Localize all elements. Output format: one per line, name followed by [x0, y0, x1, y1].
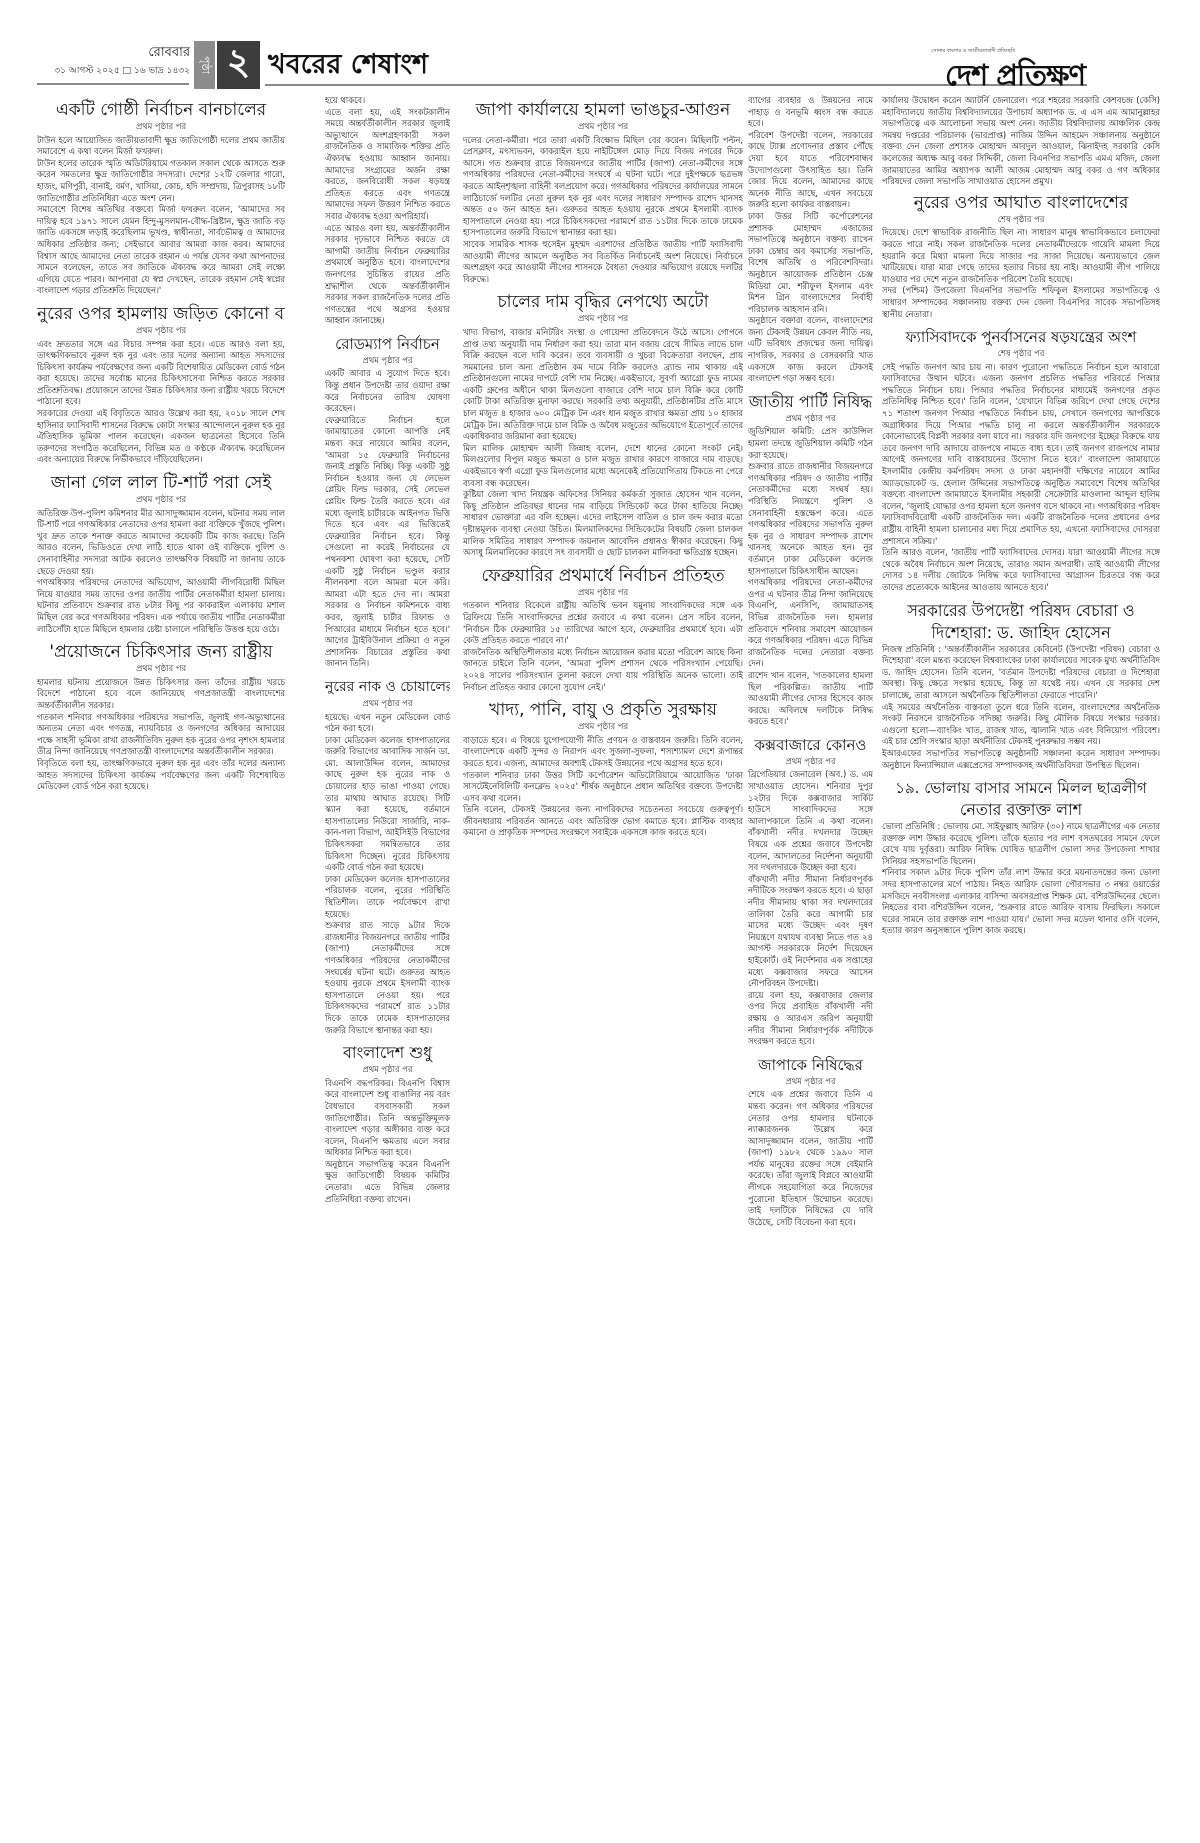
paragraph: এই সময়ের অর্থনৈতিক বাস্তবতা তুলে ধরে তি…: [882, 702, 1160, 748]
paragraph: ঢাকা মেডিকেল কলেজ হাসপাতালের জরুরি বিভাগ…: [325, 735, 450, 874]
column-1: একটি গোষ্ঠী নির্বাচন বানচালের প্রথম পৃষ্…: [37, 95, 285, 1835]
paragraph: হয়েছে। এখন নতুন মেডিকেল বোর্ড গঠন করা হ…: [325, 712, 450, 735]
paragraph: রায়ে বলা হয়, কক্সবাজার জেলার ওপর দিয়ে…: [748, 990, 873, 1048]
page-number: ২: [217, 41, 260, 89]
story-nose-jaw: নুরের নাক ও চোয়ালের প্রথম পৃষ্ঠার পর হয…: [325, 676, 450, 1036]
paragraph: অনুষ্ঠানে বক্তারা বলেন, বাংলাদেশের জন্য …: [748, 315, 873, 385]
jump-line: প্রথম পৃষ্ঠার পর: [463, 313, 743, 325]
column-3: জাপা কার্যালয়ে হামলা ভাঙচুর-আগুন প্রথম …: [463, 95, 743, 1835]
headline-line-1: ১৯. ভোলায় বাসার সামনে মিলল ছাত্রলীগ: [882, 777, 1160, 799]
jump-line: প্রথম পৃষ্ঠার পর: [37, 325, 285, 337]
paragraph: গণঅধিকার পরিষদের নেতাদের অভিযোগ, আওয়ামী…: [37, 577, 285, 635]
headline: জাপা কার্যালয়ে হামলা ভাঙচুর-আগুন: [463, 99, 743, 121]
paragraph: বিবৃতিতে বলা হয়, তাৎক্ষণিকভাবে নুরুল হক…: [37, 758, 285, 793]
paragraph: সদর (পশ্চিম) উপজেলা বিএনপির সভাপতি শফিকু…: [882, 285, 1160, 320]
paragraph: দিয়েছে। দেশে স্বাভাবিক রাজনীতি ছিল না। …: [882, 227, 1160, 285]
page-label: পৃষ্ঠা: [194, 41, 215, 89]
paragraph: ঢাকা মেডিকেল কলেজ হাসপাতালের পরিচালক বলে…: [325, 874, 450, 920]
column-5: কার্যালয় উদ্বোধন করেন অ্যাটর্নি জেনারেল…: [882, 95, 1160, 1835]
story-feb-election: ফেব্রুয়ারির প্রথমার্ধে নির্বাচন প্রতিহত…: [463, 565, 743, 693]
jump-line: প্রথম পৃষ্ঠার পর: [37, 663, 285, 675]
paragraph: এতে আরও বলা হয়, অন্তর্বর্তীকালীন সরকার …: [325, 223, 450, 327]
story-treatment: 'প্রয়োজনে চিকিৎসার জন্য রাষ্ট্রীয় প্রথ…: [37, 641, 285, 793]
story-bhola: ১৯. ভোলায় বাসার সামনে মিলল ছাত্রলীগ নেত…: [882, 777, 1160, 937]
paragraph: গতকাল শনিবার বিকেলে রাষ্ট্রীয় অতিথি ভবন…: [463, 600, 743, 646]
paragraph: ব্যাগের ব্যবহার ও উন্নয়নের নামে পাহাড় …: [748, 95, 873, 130]
story-advisory-council: সরকারের উপদেষ্টা পরিষদ বেচারা ও দিশেহারা…: [882, 600, 1160, 772]
jump-line: প্রথম পৃষ্ঠার পর: [463, 587, 743, 599]
headline: নুরের ওপর আঘাত বাংলাদেশের: [882, 192, 1160, 214]
paragraph: হয়ে থাকবে।: [325, 95, 450, 107]
paragraph: গণঅধিকার পরিষদের নেতা-কর্মীদের ওপর এ ঘটন…: [748, 577, 873, 670]
headline: জানা গেল লাল টি-শার্ট পরা সেই: [37, 472, 285, 494]
story-ethnic: একটি গোষ্ঠী নির্বাচন বানচালের প্রথম পৃষ্…: [37, 99, 285, 297]
jump-line: প্রথম পৃষ্ঠার পর: [463, 121, 743, 133]
jump-line: প্রথম পৃষ্ঠার পর: [37, 494, 285, 506]
jump-line: প্রথম পৃষ্ঠার পর: [748, 1076, 873, 1088]
paragraph: তিনি আরও বলেন, 'জাতীয় পার্টি ফ্যাসিবাদে…: [882, 547, 1160, 593]
headline: রোডম্যাপ নির্বাচন: [325, 333, 450, 355]
jump-line: শেষ পৃষ্ঠার পর: [882, 348, 1160, 360]
paragraph: বাঁকখালী নদীর সীমানা নির্ধারণপূর্বক নদীট…: [748, 874, 873, 990]
paragraph: সেই পদ্ধতি জনগণ আর চায় না। কারণ পুরোনো …: [882, 362, 1160, 548]
story-coxsbazar: কক্সবাজারে কোনও প্রথম পৃষ্ঠার পর ব্রিগেড…: [748, 734, 873, 1048]
paragraph: ঢাকা উত্তর সিটি কর্পোরেশনের প্রশাসক মোহা…: [748, 211, 873, 315]
story-japa-office: জাপা কার্যালয়ে হামলা ভাঙচুর-আগুন প্রথম …: [463, 99, 743, 285]
headline-line-1: সরকারের উপদেষ্টা পরিষদ বেচারা ও: [882, 600, 1160, 622]
jump-line: প্রথম পৃষ্ঠার পর: [748, 413, 873, 425]
paragraph: শুক্রবার রাতে রাজধানীর বিজয়নগরে গণঅধিকা…: [748, 461, 873, 577]
story-bangladesh-only: বাংলাদেশ শুধু প্রথম পৃষ্ঠার পর বিএনপি বদ…: [325, 1042, 450, 1205]
paragraph: সরকারের দেওয়া এই বিবৃতিতে আরও উল্লেখ কর…: [37, 408, 285, 466]
jump-line: প্রথম পৃষ্ঠার পর: [37, 121, 285, 133]
paragraph: শুক্রবার রাত সাড়ে ৯টার দিকে রাজধানীর বি…: [325, 920, 450, 1036]
jump-line: প্রথম পৃষ্ঠার পর: [325, 1064, 450, 1076]
paragraph: এবং দ্রুততার সঙ্গে এর বিচার সম্পন্ন করা …: [37, 339, 285, 409]
column-4: ব্যাগের ব্যবহার ও উন্নয়নের নামে পাহাড় …: [748, 95, 873, 1835]
headline: নুরের ওপর হামলায় জড়িত কোনো ব্যক্তি: [37, 303, 285, 325]
publication-date: ৩১ আগস্ট ২০২৫ □ ১৬ ভাদ্র ১৪৩২: [54, 63, 190, 78]
paragraph: রাশেদ খান বলেন, 'গতকালের হামলা ছিল পরিকল…: [748, 670, 873, 728]
jump-line: প্রথম পৃষ্ঠার পর: [325, 698, 450, 710]
headline: 'প্রয়োজনে চিকিৎসার জন্য রাষ্ট্রীয়: [37, 641, 285, 663]
masthead-rule-left: [37, 83, 189, 85]
paragraph: এতে বলা হয়, এই সংকটকালীন সময়ে অন্তর্বর…: [325, 107, 450, 223]
headline: জাপাকে নিষিদ্ধের: [748, 1054, 873, 1076]
paragraph: মিল মালিক মোহাম্মদ আলী জিন্নাহ বলেন, দেশ…: [463, 443, 743, 489]
paragraph: জুডিশিয়াল কমিটি: প্রেস কাউন্সিল হামলা ত…: [748, 426, 873, 461]
paragraph: হামলার ঘটনায় প্রয়োজনে উন্নত চিকিৎসার জ…: [37, 677, 285, 712]
story-food-water: খাদ্য, পানি, বায়ু ও প্রকৃতি সুরক্ষায় প…: [463, 699, 743, 839]
headline: জাতীয় পার্টি নিষিদ্ধ: [748, 391, 873, 413]
story-roadmap: রোডম্যাপ নির্বাচন প্রথম পৃষ্ঠার পর একটি …: [325, 333, 450, 670]
publication-day: রোববার: [148, 43, 190, 64]
headline: খাদ্য, পানি, বায়ু ও প্রকৃতি সুরক্ষায়: [463, 699, 743, 721]
story-nur-bangladesh: নুরের ওপর আঘাত বাংলাদেশের শেষ পৃষ্ঠার পর…: [882, 192, 1160, 320]
story-nur-attack: নুরের ওপর হামলায় জড়িত কোনো ব্যক্তি প্র…: [37, 303, 285, 466]
section-title: খবরের শেষাংশ: [268, 44, 428, 89]
paragraph: কার্যালয় উদ্বোধন করেন অ্যাটর্নি জেনারেল…: [882, 95, 1160, 188]
jump-line: প্রথম পৃষ্ঠার পর: [463, 721, 743, 733]
paragraph: রাজনৈতিক অস্থিতিশীলতার মধ্যে নির্বাচন আয…: [463, 647, 743, 693]
story-rice-price: চালের দাম বৃদ্ধির নেপথ্যে অটো প্রথম পৃষ্…: [463, 291, 743, 558]
paragraph: অতিরিক্ত উপ-পুলিশ কমিশনার মীর আসাদুজ্জাম…: [37, 508, 285, 578]
story-japa-ban: জাপাকে নিষিদ্ধের প্রথম পৃষ্ঠার পর শেষে এ…: [748, 1054, 873, 1229]
headline: চালের দাম বৃদ্ধির নেপথ্যে অটো: [463, 291, 743, 313]
headline: ফ্যাসিবাদকে পুনর্বাসনের ষড়যন্ত্রের অংশ: [882, 326, 1160, 348]
paragraph: সাবেক সামরিক শাসক হুসেইন মুহম্মদ এরশাদের…: [463, 239, 743, 285]
paragraph: গতকাল শনিবার ঢাকা উত্তর সিটি কর্পোরেশন অ…: [463, 770, 743, 805]
paragraph: বিএনপি বদ্ধপরিকর। বিএনপি বিশ্বাস করে বাং…: [325, 1078, 450, 1159]
paragraph: শেষে এক প্রশ্নের জবাবে তিনি এ মন্তব্য কর…: [748, 1089, 873, 1228]
paragraph: ইআরএফের সভাপতির সভাপতিত্বে অনুষ্ঠানটি সঞ…: [882, 748, 1160, 771]
headline: ফেব্রুয়ারির প্রথমার্ধে নির্বাচন প্রতিহত: [463, 565, 743, 587]
headline: একটি গোষ্ঠী নির্বাচন বানচালের: [37, 99, 285, 121]
jump-line: প্রথম পৃষ্ঠার পর: [325, 355, 450, 367]
paragraph: দলের নেতা-কর্মীরা। পরে তারা একটি বিক্ষোভ…: [463, 135, 743, 239]
headline-line-2: নেতার রক্তাক্ত লাশ: [882, 799, 1160, 821]
story-fascism: ফ্যাসিবাদকে পুনর্বাসনের ষড়যন্ত্রের অংশ …: [882, 326, 1160, 593]
headline-line-2: দিশেহারা: ড. জাহিদ হোসেন: [882, 622, 1160, 644]
paragraph: একটি আবার এ সুযোগ দিতে হবে। কিন্তু প্রধা…: [325, 368, 450, 414]
paragraph: অনুষ্ঠানে সভাপতিত্ব করেন বিএনপি ক্ষুদ্র …: [325, 1159, 450, 1205]
paragraph: শনিবার সকাল ৯টার দিকে পুলিশ তাঁর লাশ উদ্…: [882, 867, 1160, 937]
paragraph: টাউন হলে আয়োজিত জাতীয়তাবাদী ক্ষুদ্র জা…: [37, 135, 285, 158]
jump-line: শেষ পৃষ্ঠার পর: [882, 214, 1160, 226]
paragraph: গতকাল শনিবার গণঅধিকার পরিষদের সভাপতি, জু…: [37, 712, 285, 758]
paragraph: ফেব্রুয়ারিতে নির্বাচন হলে জামায়াতের কো…: [325, 415, 450, 670]
paragraph: ভোলা প্রতিনিধি : ভোলায় মো. সাইফুল্লাহ আ…: [882, 821, 1160, 867]
paragraph: বাড়াতে হবে। এ বিষয়ে যুগোপযোগী নীতি প্র…: [463, 735, 743, 770]
paragraph: নিজস্ব প্রতিনিধি : 'অন্তর্বর্তীকালীন সরক…: [882, 644, 1160, 702]
headline: কক্সবাজারে কোনও: [748, 734, 873, 756]
paragraph: পরিবেশ উপদেষ্টা বলেন, সরকারের কাছে ট্যাক…: [748, 130, 873, 211]
paragraph: সমাবেশে বিশেষ অতিথির বক্তব্যে মির্জা ফখর…: [37, 204, 285, 297]
story-jatiya-party-banned: জাতীয় পার্টি নিষিদ্ধ প্রথম পৃষ্ঠার পর জ…: [748, 391, 873, 728]
headline: বাংলাদেশ শুধু: [325, 1042, 450, 1064]
paragraph: খাদ্য বিভাগ, বাজার মনিটরিং সংস্থা ও গোয়…: [463, 327, 743, 443]
headline: নুরের নাক ও চোয়ালের: [325, 676, 450, 698]
paragraph: কুষ্টিয়া জেলা খাদ্য নিয়ন্ত্রক অফিসের স…: [463, 489, 743, 559]
paragraph: তিনি বলেন, টেকসই উন্নয়নের জন্য নাগরিকদে…: [463, 804, 743, 839]
paragraph: টাউন হলের তারেক স্মৃতি অডিটরিয়ামে গতকাল…: [37, 158, 285, 204]
column-2: হয়ে থাকবে। এতে বলা হয়, এই সংকটকালীন সম…: [325, 95, 450, 1835]
story-red-tshirt: জানা গেল লাল টি-শার্ট পরা সেই প্রথম পৃষ্…: [37, 472, 285, 635]
jump-line: প্রথম পৃষ্ঠার পর: [748, 756, 873, 768]
masthead: রোববার ৩১ আগস্ট ২০২৫ □ ১৬ ভাদ্র ১৪৩২ পৃষ…: [0, 0, 1200, 90]
paragraph: ব্রিগেডিয়ার জেনারেল (অব.) ড. এম সাখাওয়…: [748, 769, 873, 873]
